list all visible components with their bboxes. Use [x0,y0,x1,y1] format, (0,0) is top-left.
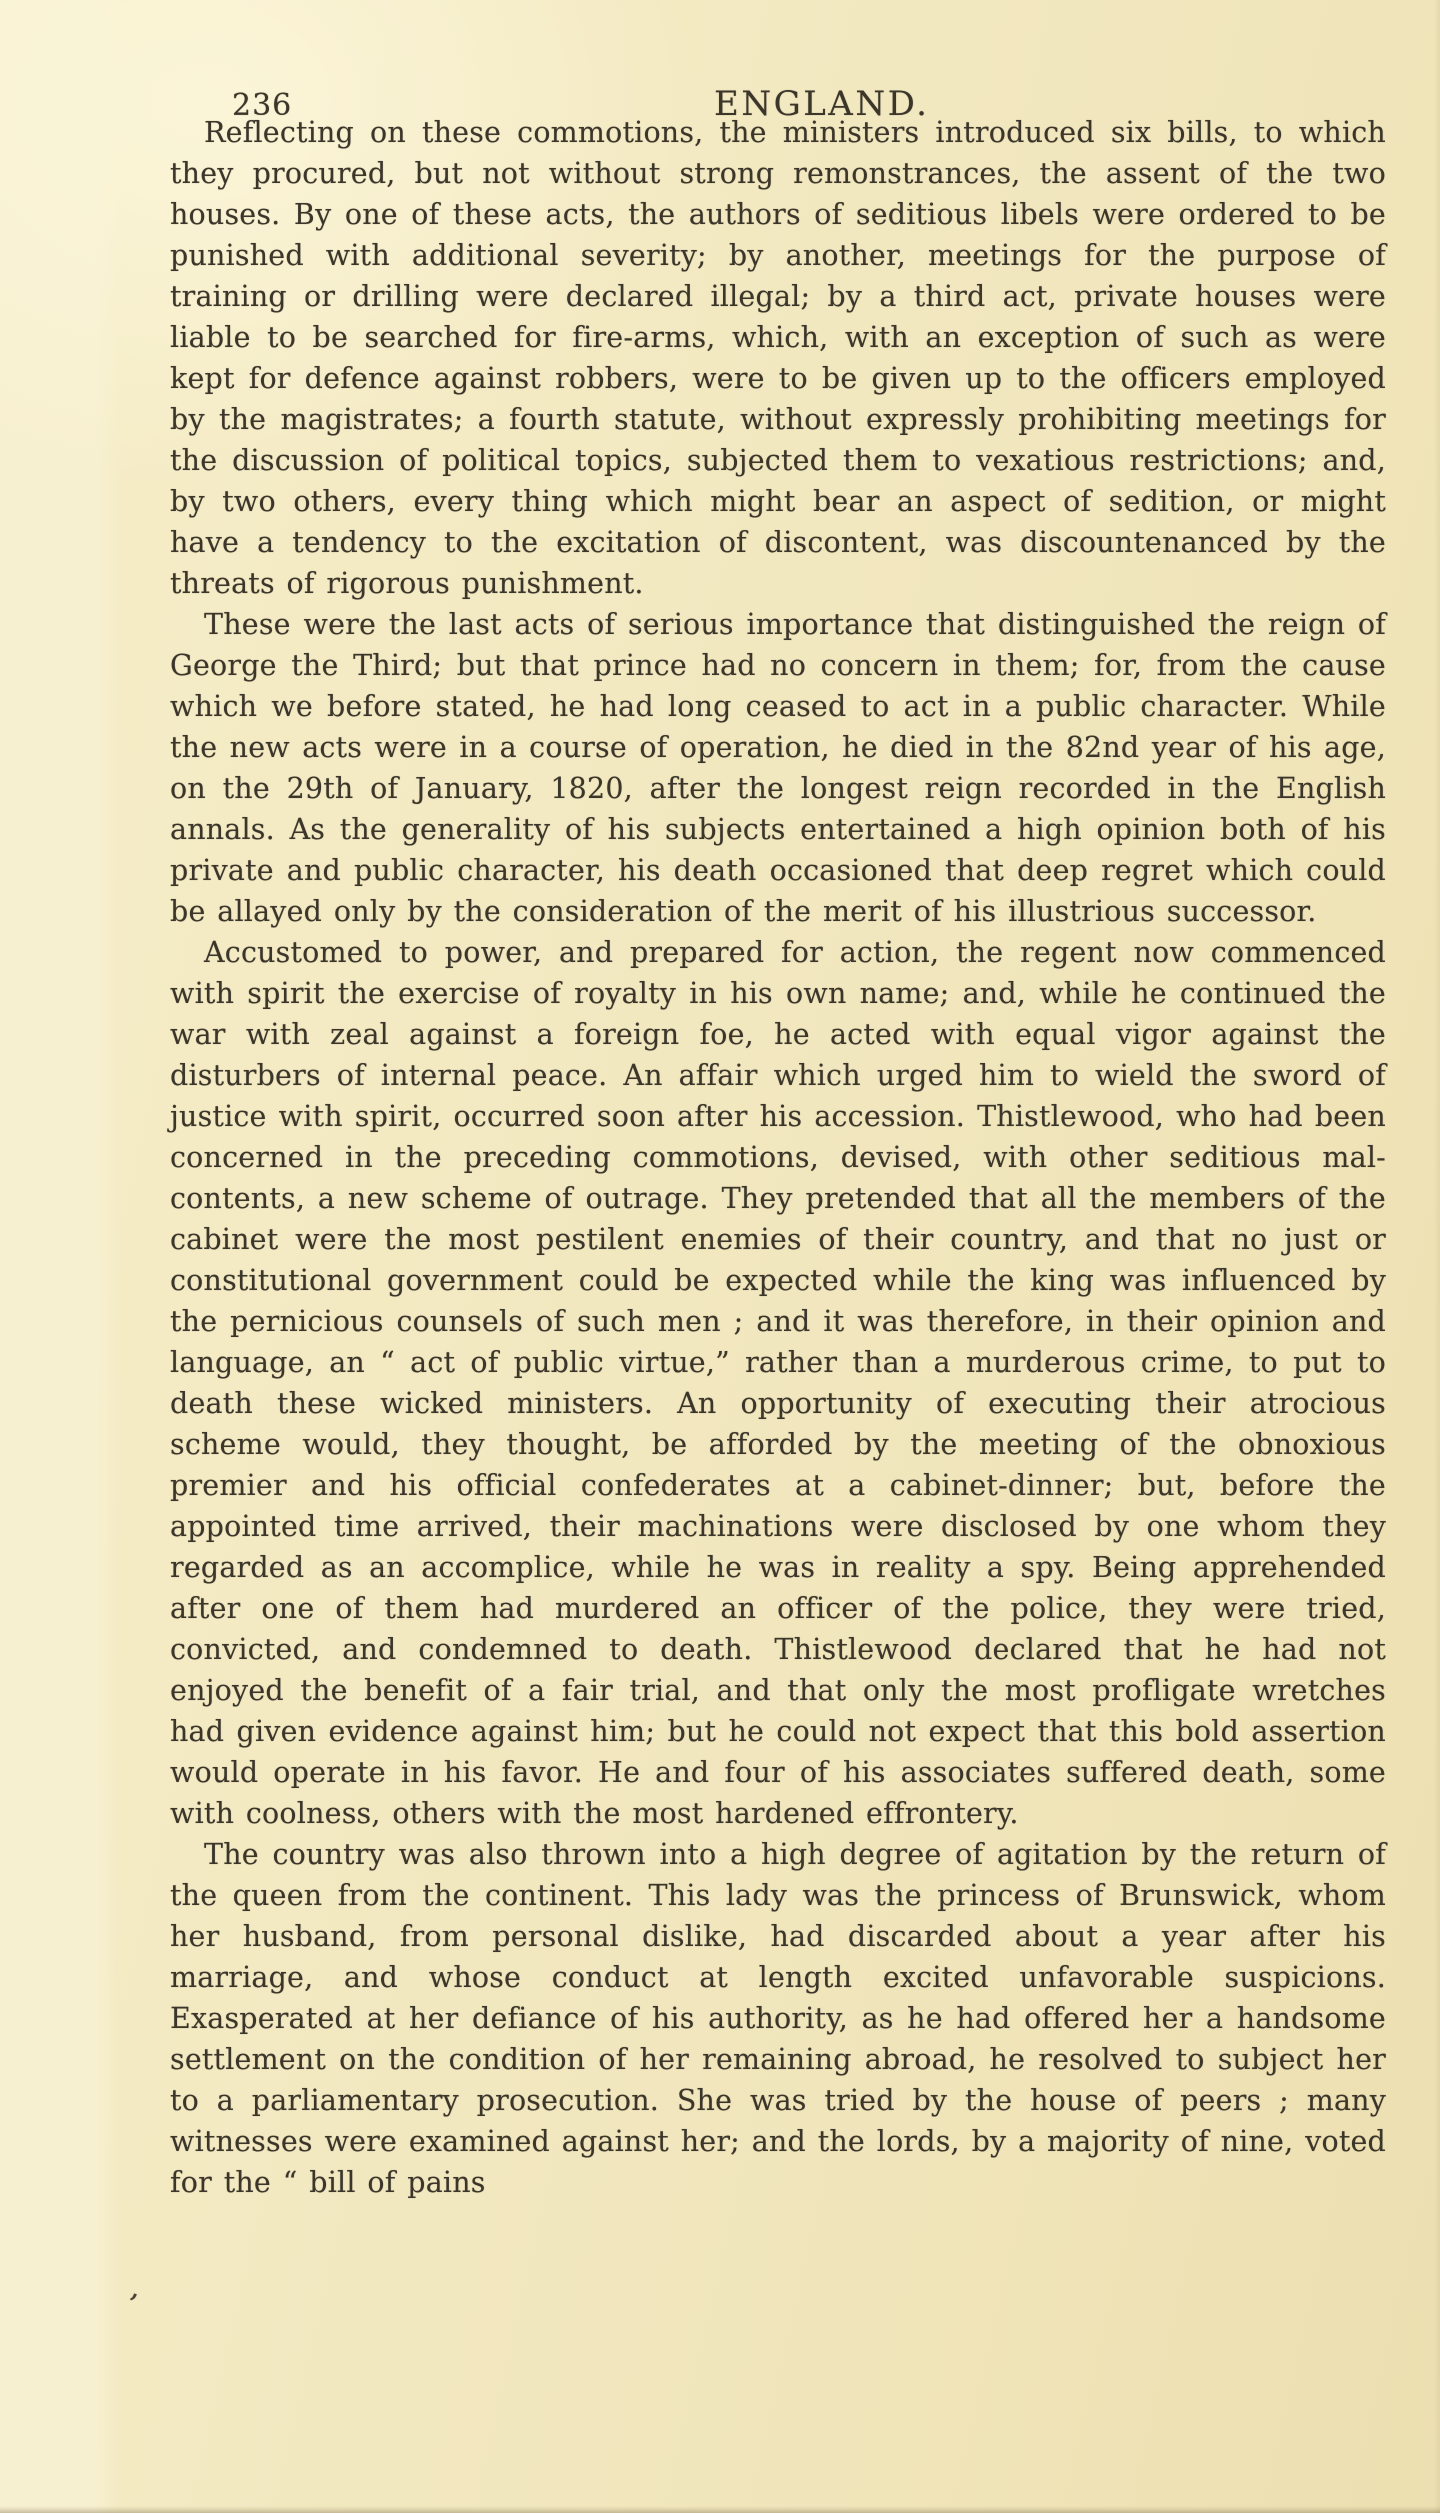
stray-ink-mark: ’ [121,2287,141,2323]
scan-edge-right [1434,0,1440,2513]
scan-edge-bottom [0,2506,1440,2513]
paragraph-death-of-george-third: These were the last acts of serious impo… [170,604,1386,932]
paragraph-return-of-queen: The country was also thrown into a high … [170,1834,1386,2203]
paragraph-six-bills: Reflecting on these commotions, the mini… [170,112,1386,604]
page-body-text: Reflecting on these commotions, the mini… [170,112,1386,2203]
book-page: 236 ENGLAND. Reflecting on these commoti… [0,0,1440,2513]
paragraph-thistlewood-conspiracy: Accustomed to power, and prepared for ac… [170,932,1386,1834]
